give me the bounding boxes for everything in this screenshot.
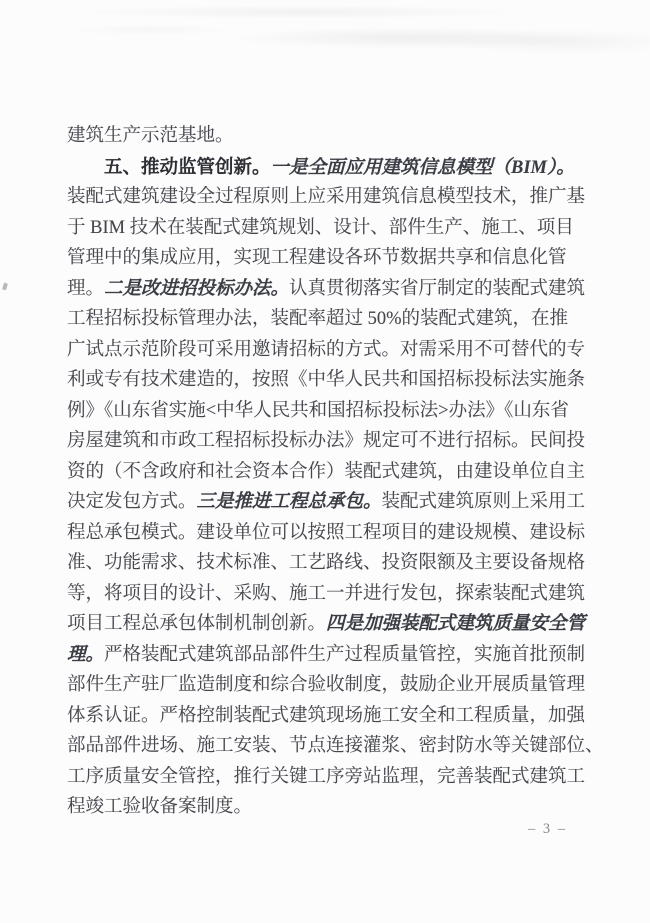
text-line: 部品部件进场、施工安装、节点连接灌浆、密封防水等关键部位、 (67, 731, 607, 762)
document-body: 建筑生产示范基地。五、推动监管创新。一是全面应用建筑信息模型（BIM）。装配式建… (67, 121, 607, 823)
text-line: 建筑生产示范基地。 (67, 121, 607, 152)
text-line: 管理中的集成应用，实现工程建设各环节数据共享和信息化管 (67, 243, 607, 274)
text-segment: 建筑生产示范基地。 (67, 126, 234, 146)
scan-noise-artifact (0, 0, 650, 90)
text-line: 利或专有技术建造的，按照《中华人民共和国招标投标法实施条 (67, 365, 607, 396)
text-segment: 工程招标投标管理办法，装配率超过 50%的装配式建筑，在推 (67, 309, 568, 329)
text-line: 理。严格装配式建筑部品部件生产过程质量管控，实施首批预制 (67, 640, 607, 671)
text-segment: 程总承包模式。建设单位可以按照工程项目的建设规模、建设标 (67, 523, 585, 543)
text-segment: 决定发包方式。 (67, 492, 197, 512)
text-line: 装配式建筑建设全过程原则上应采用建筑信息模型技术，推广基 (67, 182, 607, 213)
text-segment: 四是加强装配式建筑质量安全管 (326, 614, 585, 634)
text-segment: 严格装配式建筑部品部件生产过程质量管控，实施首批预制 (104, 645, 585, 665)
text-line: 工程招标投标管理办法，装配率超过 50%的装配式建筑，在推 (67, 304, 607, 335)
text-line: 理。二是改进招投标办法。认真贯彻落实省厅制定的装配式建筑 (67, 274, 607, 305)
scan-speck-artifact (2, 283, 8, 291)
text-line: 于 BIM 技术在装配式建筑规划、设计、部件生产、施工、项目 (67, 213, 607, 244)
text-segment: 项目工程总承包体制机制创新。 (67, 614, 326, 634)
text-line: 广试点示范阶段可采用邀请招标的方式。对需采用不可替代的专 (67, 335, 607, 366)
document-page: 建筑生产示范基地。五、推动监管创新。一是全面应用建筑信息模型（BIM）。装配式建… (0, 0, 650, 923)
text-line: 体系认证。严格控制装配式建筑现场施工安全和工程质量，加强 (67, 701, 607, 732)
text-segment: 房屋建筑和市政工程招标投标办法》规定可不进行招标。民间投 (67, 431, 585, 451)
text-segment: 广试点示范阶段可采用邀请招标的方式。对需采用不可替代的专 (67, 340, 585, 360)
text-segment: 例》《山东省实施<中华人民共和国招标投标法>办法》《山东省 (67, 401, 569, 421)
text-segment: 等，将项目的设计、采购、施工一并进行发包，探索装配式建筑 (67, 584, 585, 604)
text-segment: 体系认证。严格控制装配式建筑现场施工安全和工程质量，加强 (67, 706, 585, 726)
text-line: 五、推动监管创新。一是全面应用建筑信息模型（BIM）。 (67, 152, 607, 183)
text-segment: 认真贯彻落实省厅制定的装配式建筑 (289, 279, 585, 299)
text-segment: 工序质量安全管控，推行关键工序旁站监理，完善装配式建筑工 (67, 767, 585, 787)
text-line: 程总承包模式。建设单位可以按照工程项目的建设规模、建设标 (67, 518, 607, 549)
text-segment: 理。 (67, 645, 104, 665)
text-segment: 一是全面应用建筑信息模型（BIM）。 (271, 158, 575, 178)
text-line: 房屋建筑和市政工程招标投标办法》规定可不进行招标。民间投 (67, 426, 607, 457)
text-segment: 二是改进招投标办法。 (104, 279, 289, 299)
text-segment: 五、推动监管创新。 (104, 156, 271, 177)
text-line: 工序质量安全管控，推行关键工序旁站监理，完善装配式建筑工 (67, 762, 607, 793)
text-line: 等，将项目的设计、采购、施工一并进行发包，探索装配式建筑 (67, 579, 607, 610)
text-segment: 理。 (67, 279, 104, 299)
text-segment: 部件生产驻厂监造制度和综合验收制度，鼓励企业开展质量管理 (67, 675, 585, 695)
text-segment: 三是推进工程总承包。 (197, 492, 382, 512)
text-segment: 利或专有技术建造的，按照《中华人民共和国招标投标法实施条 (67, 370, 585, 390)
text-segment: 于 BIM 技术在装配式建筑规划、设计、部件生产、施工、项目 (67, 218, 574, 238)
text-segment: 资的（不含政府和社会资本合作）装配式建筑，由建设单位自主 (67, 462, 585, 482)
text-segment: 装配式建筑原则上采用工 (382, 492, 586, 512)
text-line: 程竣工验收备案制度。 (67, 792, 607, 823)
text-segment: 程竣工验收备案制度。 (67, 797, 252, 817)
text-line: 部件生产驻厂监造制度和综合验收制度，鼓励企业开展质量管理 (67, 670, 607, 701)
text-line: 项目工程总承包体制机制创新。四是加强装配式建筑质量安全管 (67, 609, 607, 640)
text-line: 资的（不含政府和社会资本合作）装配式建筑，由建设单位自主 (67, 457, 607, 488)
text-segment: 部品部件进场、施工安装、节点连接灌浆、密封防水等关键部位、 (67, 736, 604, 756)
text-line: 例》《山东省实施<中华人民共和国招标投标法>办法》《山东省 (67, 396, 607, 427)
text-segment: 管理中的集成应用，实现工程建设各环节数据共享和信息化管 (67, 248, 567, 268)
page-number: – 3 – (528, 820, 567, 838)
text-segment: 装配式建筑建设全过程原则上应采用建筑信息模型技术，推广基 (67, 187, 585, 207)
text-line: 决定发包方式。三是推进工程总承包。装配式建筑原则上采用工 (67, 487, 607, 518)
text-segment: 准、功能需求、技术标准、工艺路线、投资限额及主要设备规格 (67, 553, 585, 573)
text-line: 准、功能需求、技术标准、工艺路线、投资限额及主要设备规格 (67, 548, 607, 579)
